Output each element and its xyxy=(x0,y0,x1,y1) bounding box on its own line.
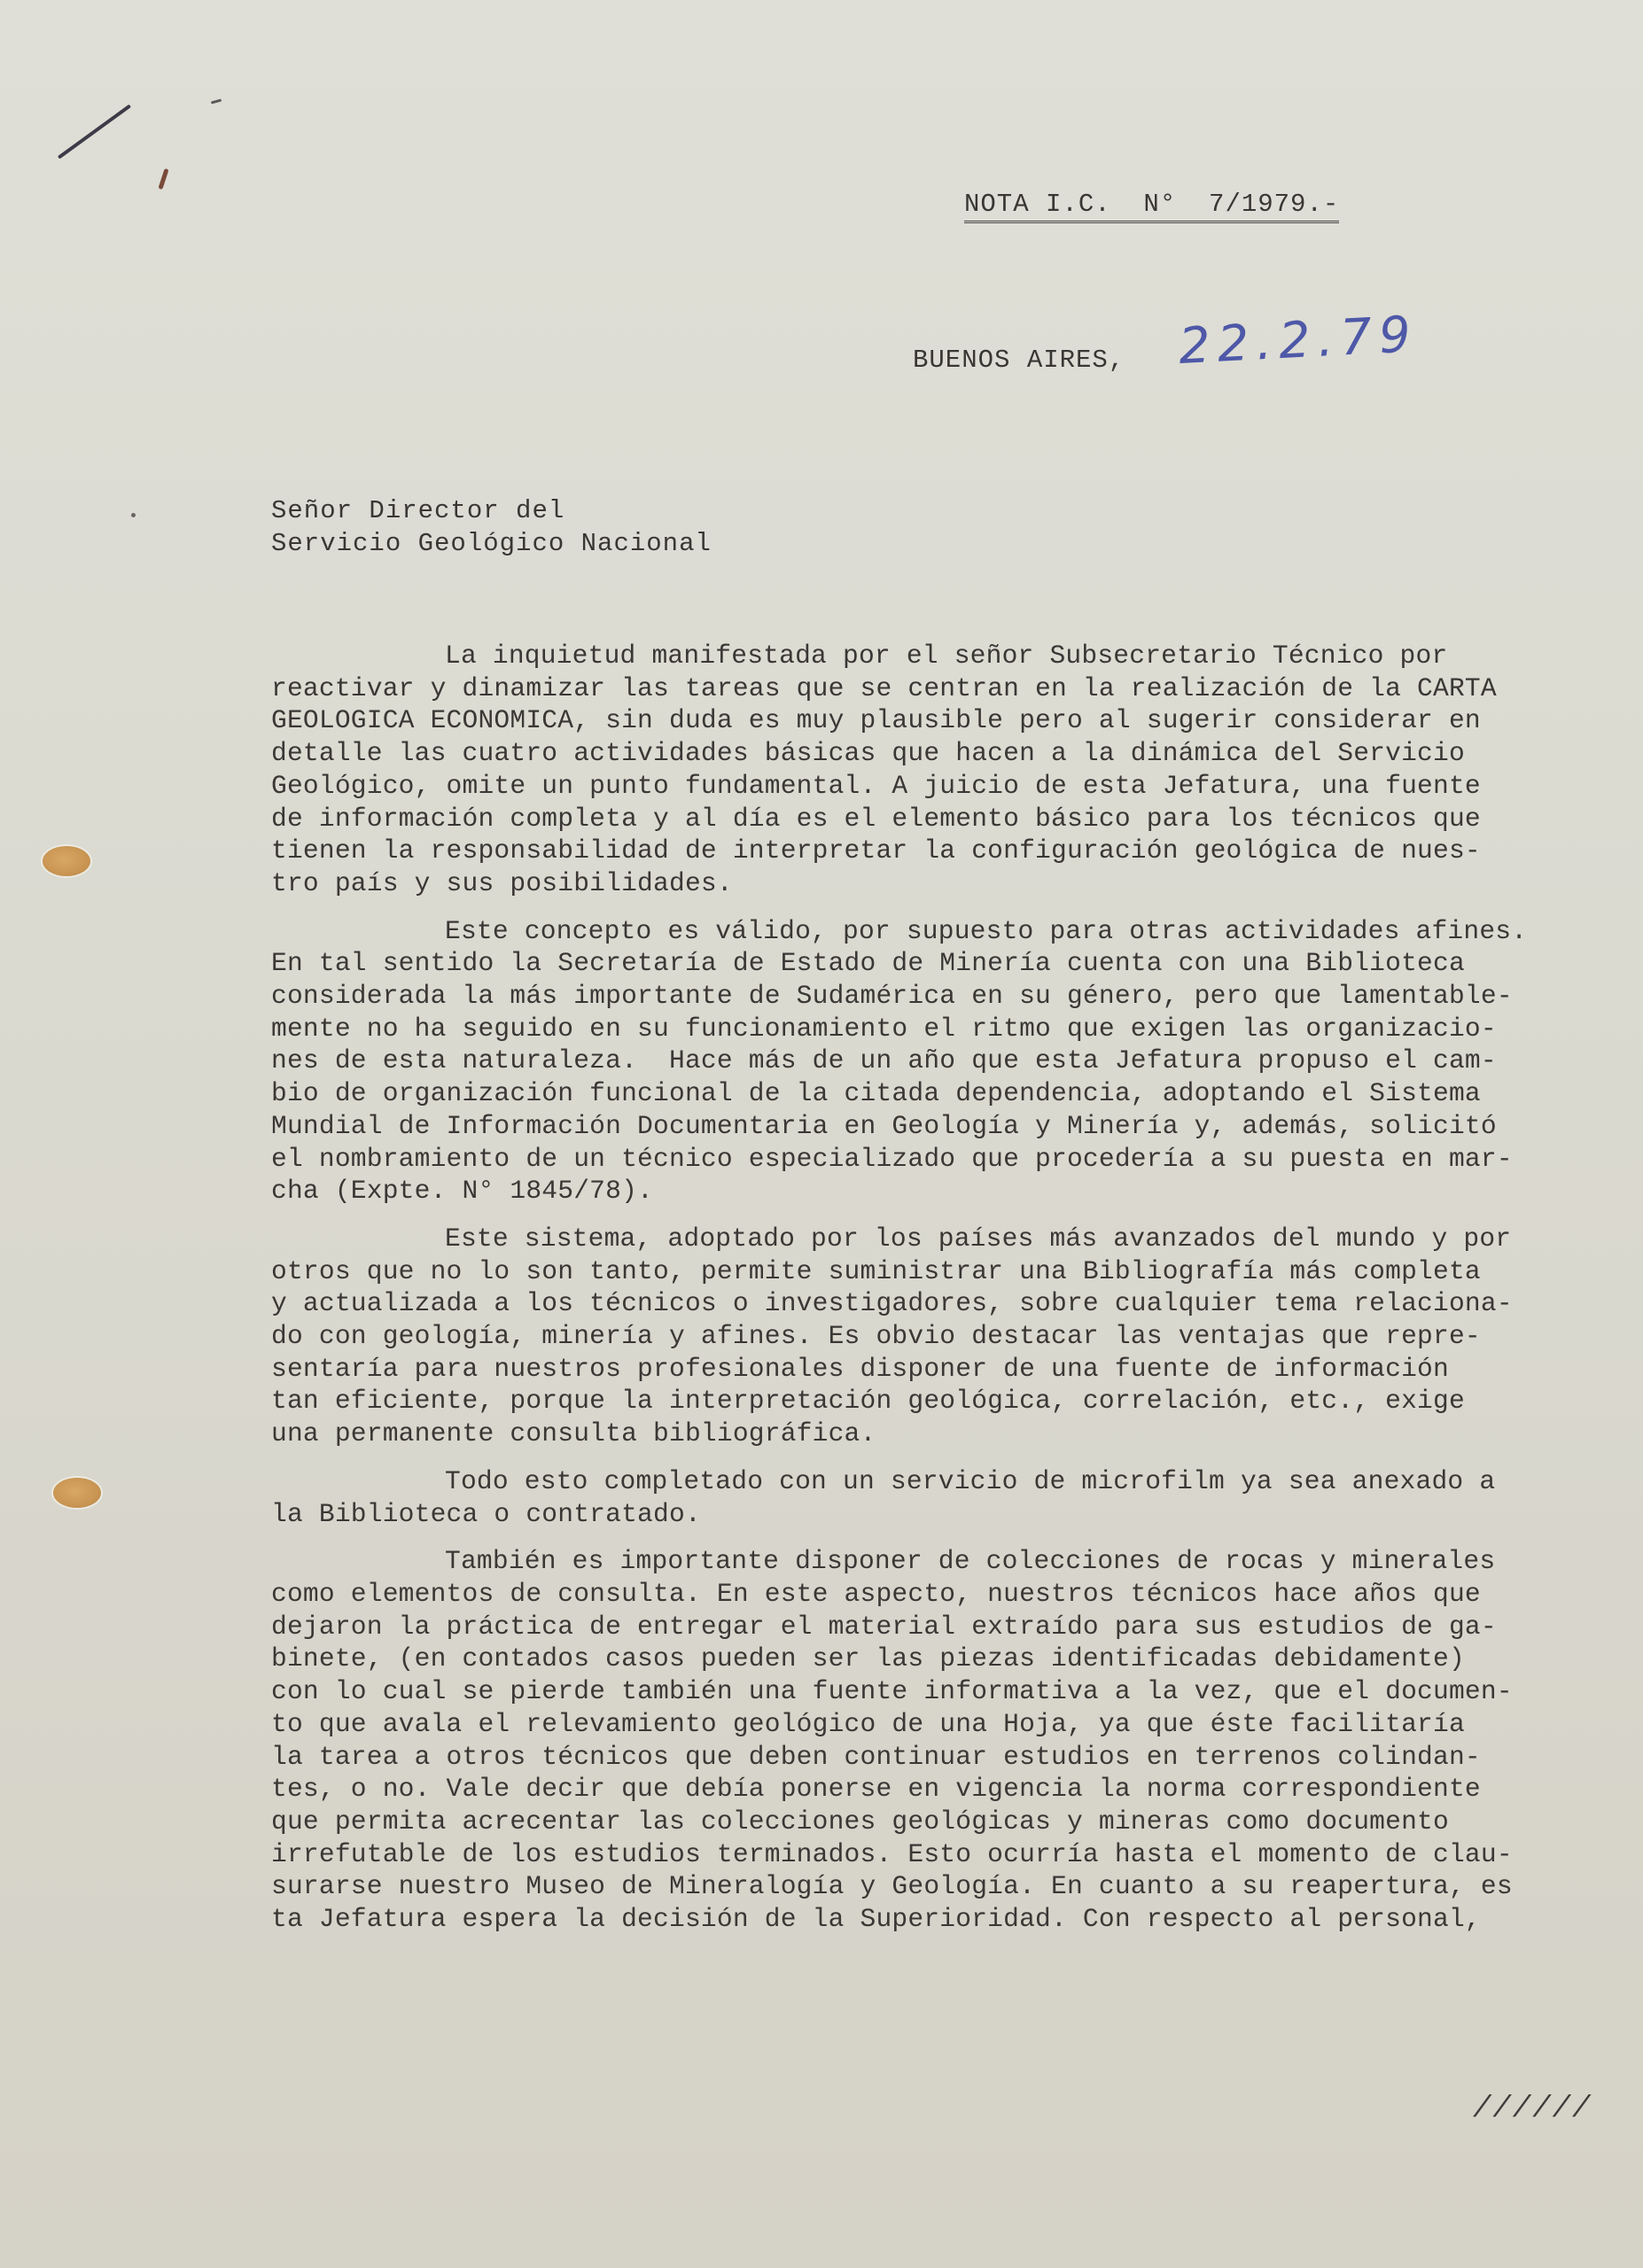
text-line: la tarea a otros técnicos que deben cont… xyxy=(271,1741,1600,1774)
red-ink-mark xyxy=(158,168,168,190)
text-line: dejaron la práctica de entregar el mater… xyxy=(271,1611,1600,1643)
text-line: mente no ha seguido en su funcionamiento… xyxy=(271,1013,1600,1045)
text-line: que permita acrecentar las colecciones g… xyxy=(271,1806,1600,1838)
text-line: nes de esta naturaleza. Hace más de un a… xyxy=(271,1045,1600,1077)
addressee-line: Señor Director del xyxy=(271,494,712,527)
addressee-block: Señor Director del Servicio Geológico Na… xyxy=(271,494,712,560)
text-line: cha (Expte. N° 1845/78). xyxy=(271,1175,1600,1208)
paragraph-1: La inquietud manifestada por el señor Su… xyxy=(271,640,1600,900)
handwritten-date: 22.2.79 xyxy=(1177,306,1419,376)
scanned-document-page: NOTA I.C. N° 7/1979.- BUENOS AIRES, 22.2… xyxy=(0,0,1643,2268)
place-label: BUENOS AIRES, xyxy=(913,346,1125,375)
letter-body: La inquietud manifestada por el señor Su… xyxy=(271,640,1600,1951)
text-line: to que avala el relevamiento geológico d… xyxy=(271,1708,1600,1741)
text-line: GEOLOGICA ECONOMICA, sin duda es muy pla… xyxy=(271,704,1600,737)
text-line: En tal sentido la Secretaría de Estado d… xyxy=(271,947,1600,980)
text-line: binete, (en contados casos pueden ser la… xyxy=(271,1643,1600,1675)
continuation-mark: ////// xyxy=(1473,2093,1592,2126)
text-line: tan eficiente, porque la interpretación … xyxy=(271,1385,1600,1417)
punch-hole xyxy=(43,846,90,876)
text-line: y actualizada a los técnicos o investiga… xyxy=(271,1287,1600,1320)
text-line: do con geología, minería y afines. Es ob… xyxy=(271,1320,1600,1353)
text-line: otros que no lo son tanto, permite sumin… xyxy=(271,1255,1600,1288)
pen-tick-mark xyxy=(211,98,222,104)
paragraph-3: Este sistema, adoptado por los países má… xyxy=(271,1223,1600,1450)
text-line: Este sistema, adoptado por los países má… xyxy=(271,1223,1600,1255)
text-line: de información completa y al día es el e… xyxy=(271,803,1600,835)
text-line: considerada la más importante de Sudamér… xyxy=(271,980,1600,1013)
addressee-line: Servicio Geológico Nacional xyxy=(271,527,712,560)
text-line: la Biblioteca o contratado. xyxy=(271,1498,1600,1531)
text-line: Geológico, omite un punto fundamental. A… xyxy=(271,770,1600,803)
punch-hole xyxy=(53,1478,101,1508)
text-line: el nombramiento de un técnico especializ… xyxy=(271,1143,1600,1176)
text-line: tro país y sus posibilidades. xyxy=(271,867,1600,900)
text-line: tienen la responsabilidad de interpretar… xyxy=(271,835,1600,867)
paragraph-4: Todo esto completado con un servicio de … xyxy=(271,1465,1600,1530)
text-line: irrefutable de los estudios terminados. … xyxy=(271,1838,1600,1871)
text-line: sentaría para nuestros profesionales dis… xyxy=(271,1353,1600,1386)
ink-dot xyxy=(131,513,136,517)
pen-slash-mark xyxy=(58,105,131,159)
paragraph-2: Este concepto es válido, por supuesto pa… xyxy=(271,915,1600,1208)
text-line: Todo esto completado con un servicio de … xyxy=(271,1465,1600,1498)
text-line: tes, o no. Vale decir que debía ponerse … xyxy=(271,1773,1600,1806)
text-line: Este concepto es válido, por supuesto pa… xyxy=(271,915,1600,948)
text-line: bio de organización funcional de la cita… xyxy=(271,1077,1600,1110)
text-line: ta Jefatura espera la decisión de la Sup… xyxy=(271,1903,1600,1936)
document-reference: NOTA I.C. N° 7/1979.- xyxy=(964,190,1339,223)
paragraph-5: También es importante disponer de colecc… xyxy=(271,1545,1600,1935)
text-line: como elementos de consulta. En este aspe… xyxy=(271,1578,1600,1611)
text-line: Mundial de Información Documentaria en G… xyxy=(271,1110,1600,1143)
text-line: una permanente consulta bibliográfica. xyxy=(271,1417,1600,1450)
text-line: surarse nuestro Museo de Mineralogía y G… xyxy=(271,1870,1600,1903)
text-line: con lo cual se pierde también una fuente… xyxy=(271,1675,1600,1708)
text-line: reactivar y dinamizar las tareas que se … xyxy=(271,672,1600,705)
text-line: detalle las cuatro actividades básicas q… xyxy=(271,737,1600,770)
text-line: También es importante disponer de colecc… xyxy=(271,1545,1600,1578)
text-line: La inquietud manifestada por el señor Su… xyxy=(271,640,1600,672)
